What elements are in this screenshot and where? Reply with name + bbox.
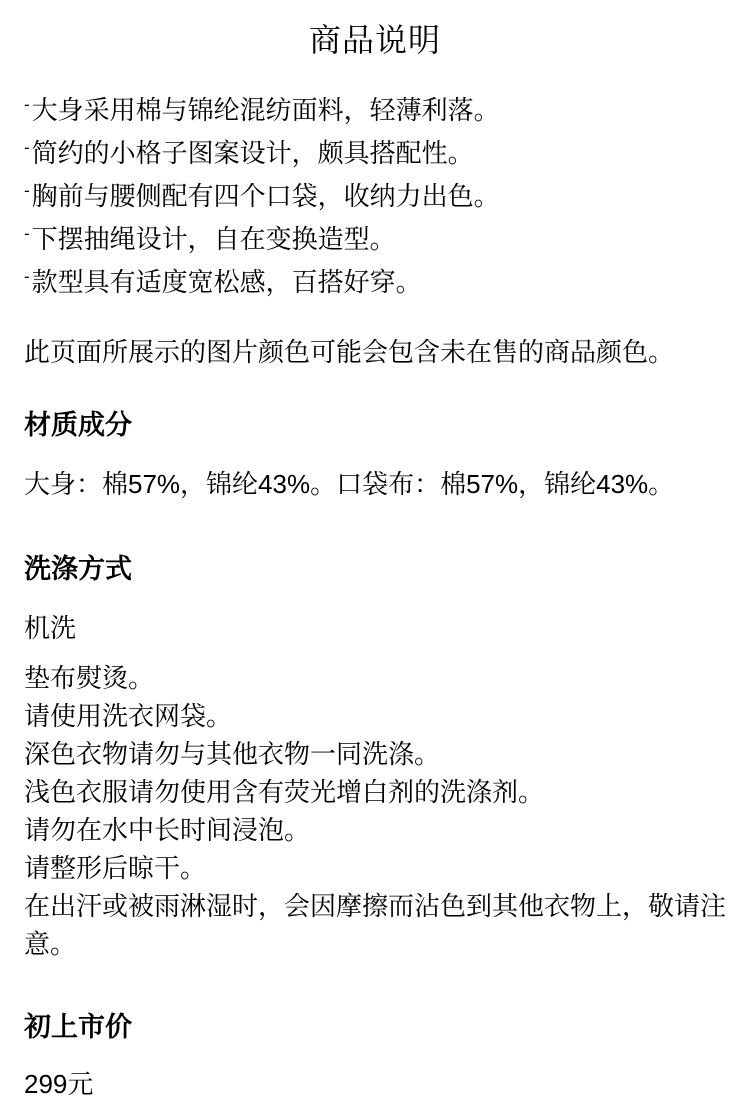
- product-description-page: 商品说明 -大身采用棉与锦纶混纺面料，轻薄利落。 -简约的小格子图案设计，颇具搭…: [0, 0, 750, 1105]
- washing-instruction: 在出汗或被雨淋湿时，会因摩擦而沾色到其他衣物上，敬请注意。: [24, 887, 726, 963]
- feature-item: -简约的小格子图案设计，颇具搭配性。: [24, 129, 726, 172]
- feature-text: 简约的小格子图案设计，颇具搭配性。: [32, 138, 474, 168]
- feature-text: 下摆抽绳设计，自在变换造型。: [32, 224, 396, 254]
- washing-instruction: 垫布熨烫。: [24, 659, 726, 697]
- washing-instruction: 浅色衣服请勿使用含有荧光增白剂的洗涤剂。: [24, 773, 726, 811]
- washing-instruction: 深色衣物请勿与其他衣物一同洗涤。: [24, 735, 726, 773]
- feature-item: -下摆抽绳设计，自在变换造型。: [24, 215, 726, 258]
- feature-item: -款型具有适度宽松感，百搭好穿。: [24, 258, 726, 301]
- material-composition: 大身：棉57%，锦纶43%。口袋布：棉57%，锦纶43%。: [24, 465, 726, 503]
- material-section-heading: 材质成分: [24, 409, 726, 441]
- color-availability-note: 此页面所展示的图片颜色可能会包含未在售的商品颜色。: [24, 333, 726, 371]
- feature-item: -大身采用棉与锦纶混纺面料，轻薄利落。: [24, 86, 726, 129]
- bullet-dash-icon: -: [24, 215, 30, 253]
- launch-price-value: 299元: [24, 1065, 726, 1103]
- washing-method: 机洗: [24, 609, 726, 647]
- bullet-dash-icon: -: [24, 258, 30, 296]
- bullet-dash-icon: -: [24, 129, 30, 167]
- page-title: 商品说明: [24, 22, 726, 58]
- bullet-dash-icon: -: [24, 172, 30, 210]
- launch-price-heading: 初上市价: [24, 1011, 726, 1043]
- feature-text: 款型具有适度宽松感，百搭好穿。: [32, 267, 422, 297]
- feature-text: 大身采用棉与锦纶混纺面料，轻薄利落。: [32, 95, 500, 125]
- washing-instruction: 请整形后晾干。: [24, 849, 726, 887]
- washing-section-heading: 洗涤方式: [24, 553, 726, 585]
- bullet-dash-icon: -: [24, 86, 30, 124]
- washing-instruction: 请使用洗衣网袋。: [24, 697, 726, 735]
- washing-instructions: 垫布熨烫。 请使用洗衣网袋。 深色衣物请勿与其他衣物一同洗涤。 浅色衣服请勿使用…: [24, 659, 726, 963]
- feature-item: -胸前与腰侧配有四个口袋，收纳力出色。: [24, 172, 726, 215]
- feature-list: -大身采用棉与锦纶混纺面料，轻薄利落。 -简约的小格子图案设计，颇具搭配性。 -…: [24, 86, 726, 301]
- washing-instruction: 请勿在水中长时间浸泡。: [24, 811, 726, 849]
- feature-text: 胸前与腰侧配有四个口袋，收纳力出色。: [32, 181, 500, 211]
